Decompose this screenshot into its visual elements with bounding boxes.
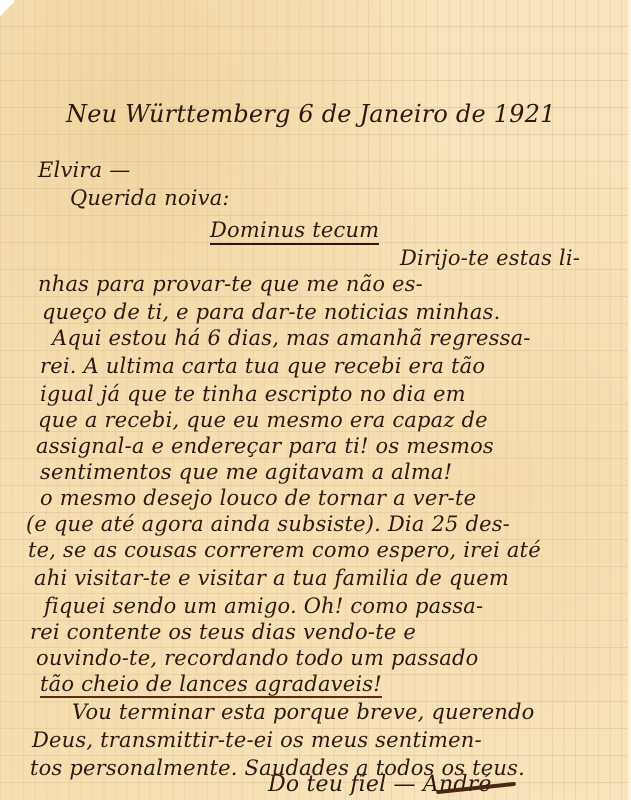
body-line: nhas para provar-te que me não es- bbox=[38, 272, 423, 296]
body-line: (e que até agora ainda subsiste). Dia 25… bbox=[26, 512, 510, 536]
body-line: que a recebi, que eu mesmo era capaz de bbox=[38, 408, 488, 432]
body-line: ahi visitar-te e visitar a tua familia d… bbox=[34, 566, 509, 590]
paper-corner bbox=[0, 0, 14, 18]
body-line: rei. A ultima carta tua que recebi era t… bbox=[40, 354, 485, 378]
body-line: tão cheio de lances agradaveis! bbox=[40, 672, 382, 698]
salutation-greeting: Querida noiva: bbox=[70, 186, 230, 210]
body-line: queço de ti, e para dar-te noticias minh… bbox=[42, 300, 501, 324]
body-line: assignal-a e endereçar para ti! os mesmo… bbox=[36, 434, 494, 458]
salutation-name: Elvira — bbox=[38, 158, 130, 182]
body-line: te, se as cousas correrem como espero, i… bbox=[28, 538, 541, 562]
signature: Do teu fiel — André bbox=[268, 772, 492, 797]
body-line: Vou terminar esta porque breve, querendo bbox=[72, 700, 534, 724]
body-line: ouvindo-te, recordando todo um passado bbox=[36, 646, 479, 670]
body-line: sentimentos que me agitavam a alma! bbox=[40, 460, 452, 484]
place-date: Neu Württemberg 6 de Janeiro de 1921 bbox=[66, 100, 556, 128]
letter-page: Neu Württemberg 6 de Janeiro de 1921 Elv… bbox=[0, 0, 631, 800]
motto: Dominus tecum bbox=[210, 218, 379, 245]
body-line: igual já que te tinha escripto no dia em bbox=[40, 382, 466, 406]
body-line: Aqui estou há 6 dias, mas amanhã regress… bbox=[52, 326, 531, 350]
body-line: rei contente os teus dias vendo-te e bbox=[30, 620, 416, 644]
body-line: fiquei sendo um amigo. Oh! como passa- bbox=[44, 594, 483, 618]
body-line: o mesmo desejo louco de tornar a ver-te bbox=[40, 486, 476, 510]
body-line: Dirijo-te estas li- bbox=[400, 246, 580, 270]
body-line: Deus, transmittir-te-ei os meus sentimen… bbox=[32, 728, 482, 752]
